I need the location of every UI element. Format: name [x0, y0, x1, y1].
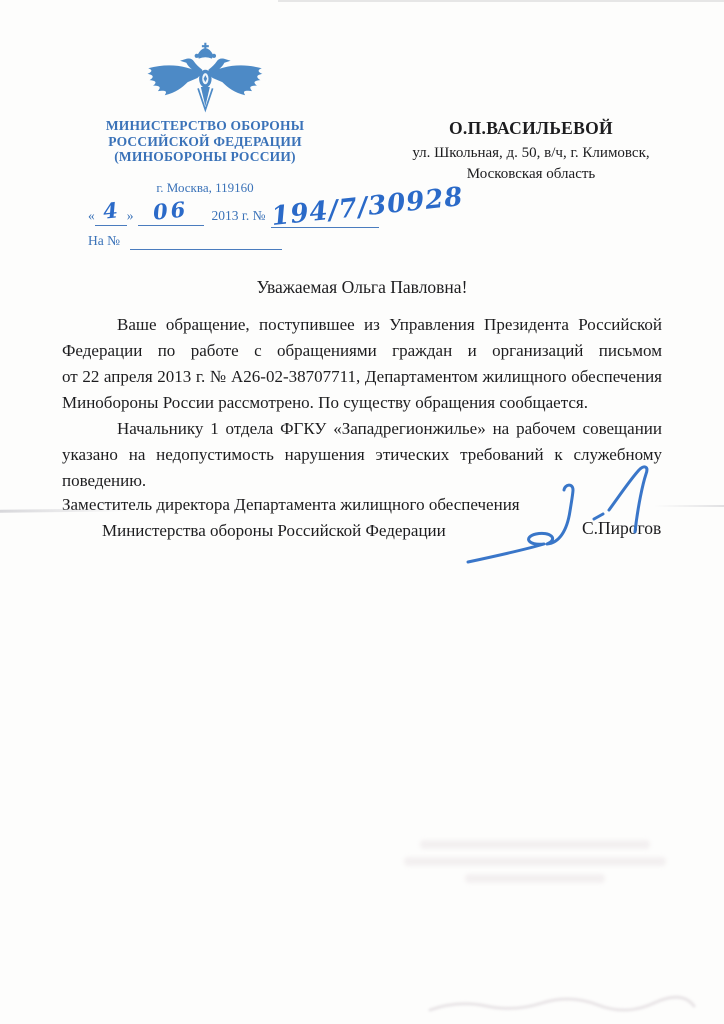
ghost-line — [404, 857, 666, 866]
ghost-line — [465, 874, 605, 883]
letter-body: Ваше обращение, поступившее из Управлени… — [62, 312, 662, 494]
number-underline: 194/7/30928 — [271, 197, 379, 228]
body-line: от 22 апреля 2013 г. № А26-02-38707711, … — [62, 364, 662, 390]
signer-title-line2: Министерства обороны Российской Федераци… — [102, 518, 582, 544]
recipient-address-line1: ул. Школьная, д. 50, в/ч, г. Климовск, — [385, 143, 677, 164]
bleedthrough-ghost-text — [395, 840, 675, 891]
year-number-label: 2013 г. № — [212, 208, 266, 223]
org-name-line3: (МИНОБОРОНЫ РОССИИ) — [55, 149, 355, 165]
signer-title-block: Заместитель директора Департамента жилищ… — [62, 492, 582, 544]
recipient-address-line2: Московская область — [385, 164, 677, 185]
day-underline: 4 — [95, 200, 127, 226]
reference-label: На № — [88, 233, 120, 248]
reference-underline — [130, 233, 282, 250]
paper-crease-right — [654, 505, 724, 507]
bleedthrough-ghost-handwriting — [428, 992, 698, 1016]
quote-open: « — [88, 208, 95, 223]
body-line: Минобороны России рассмотрено. По сущест… — [62, 390, 662, 416]
handwritten-day: 4 — [102, 197, 119, 223]
scan-artifact-top-edge — [278, 0, 724, 2]
recipient-block: О.П.ВАСИЛЬЕВОЙ ул. Школьная, д. 50, в/ч,… — [385, 118, 677, 185]
org-name-line1: МИНИСТЕРСТВО ОБОРОНЫ — [55, 118, 355, 134]
quote-close: » — [127, 208, 134, 223]
date-number-line: «4»062013 г. №194/7/30928 — [88, 197, 379, 228]
handwritten-month: 06 — [152, 196, 190, 225]
scanned-letter-page: МИНИСТЕРСТВО ОБОРОНЫ РОССИЙСКОЙ ФЕДЕРАЦИ… — [0, 0, 724, 1024]
body-line: поведению. — [62, 468, 662, 494]
month-underline: 06 — [138, 200, 204, 226]
mod-double-headed-eagle-emblem-icon — [146, 42, 264, 114]
body-line: Ваше обращение, поступившее из Управлени… — [62, 312, 662, 338]
body-line: Начальнику 1 отдела ФГКУ «Западрегионжил… — [62, 416, 662, 442]
recipient-name: О.П.ВАСИЛЬЕВОЙ — [385, 118, 677, 139]
ghost-line — [420, 840, 650, 849]
body-line: Федерации по работе с обращениями гражда… — [62, 338, 662, 364]
city-postal-line: г. Москва, 119160 — [55, 180, 355, 196]
letterhead: МИНИСТЕРСТВО ОБОРОНЫ РОССИЙСКОЙ ФЕДЕРАЦИ… — [55, 42, 355, 196]
reference-number-line: На № — [88, 233, 282, 250]
greeting: Уважаемая Ольга Павловна! — [62, 277, 662, 298]
signer-title-line1: Заместитель директора Департамента жилищ… — [62, 492, 582, 518]
body-line: указано на недопустимость нарушения этич… — [62, 442, 662, 468]
org-name-line2: РОССИЙСКОЙ ФЕДЕРАЦИИ — [55, 134, 355, 150]
signer-name: С.Пирогов — [582, 518, 661, 539]
